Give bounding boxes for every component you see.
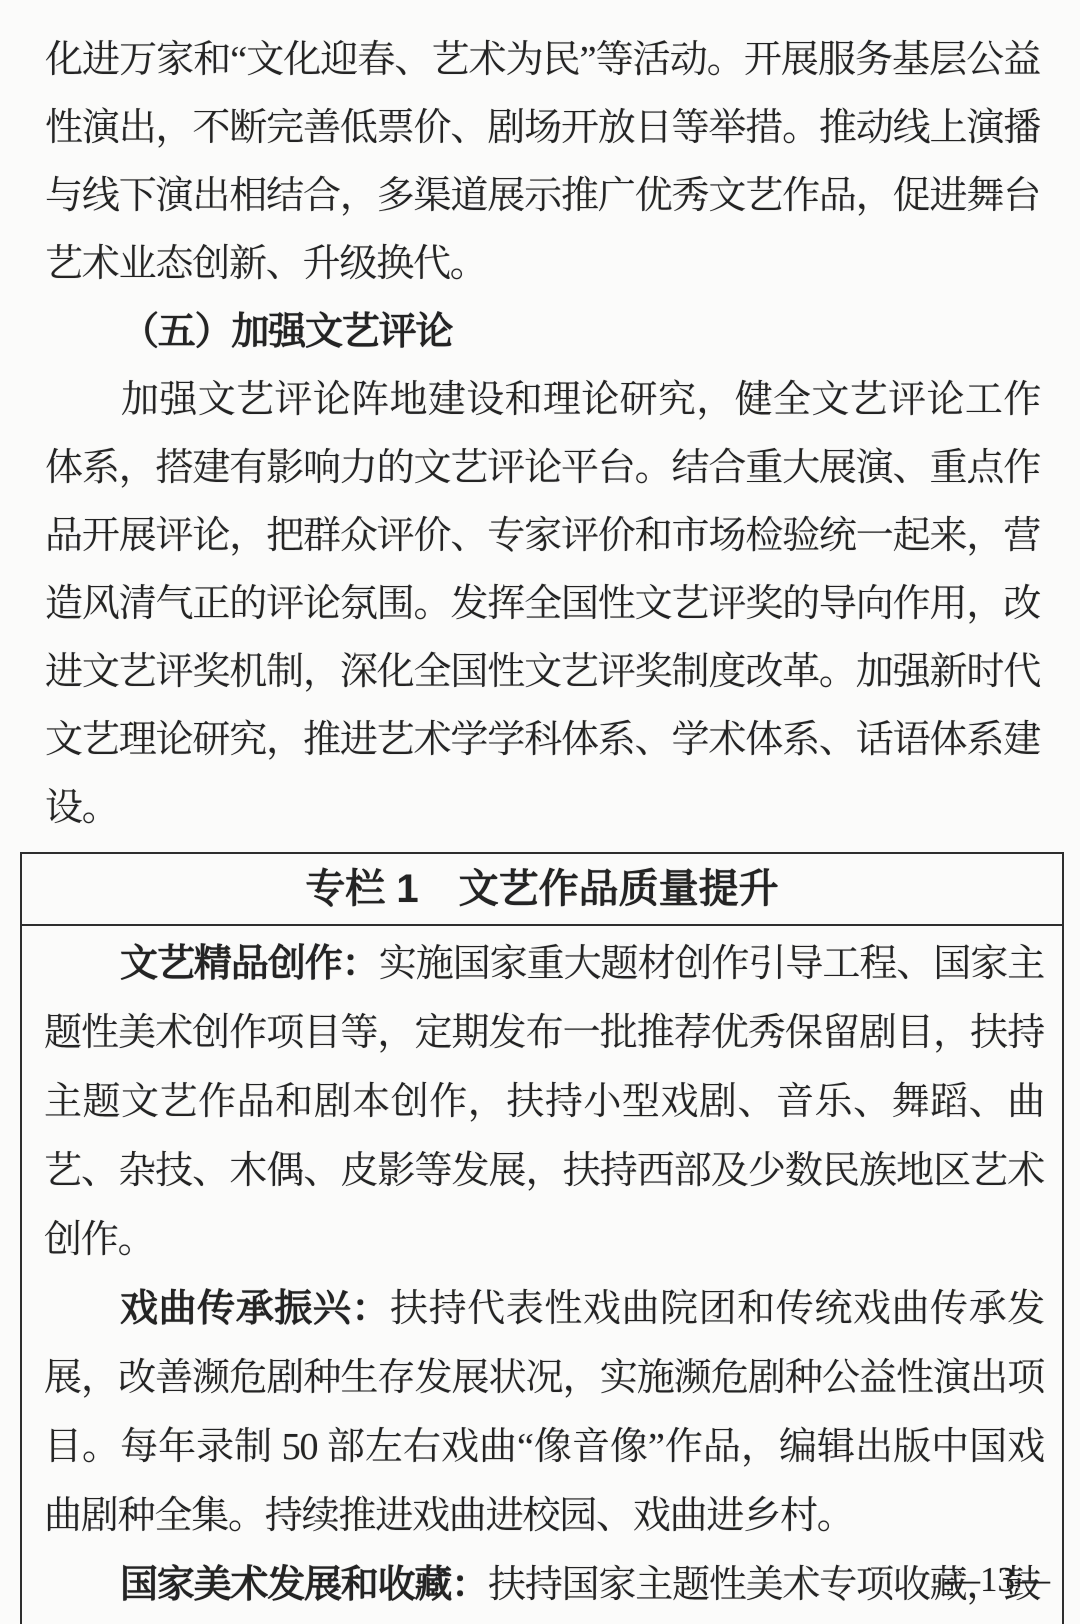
section-heading: （五）加强文艺评论	[45, 298, 1040, 366]
panel-paragraph-opera-heritage: 戏曲传承振兴：扶持代表性戏曲院团和传统戏曲传承发展，改善濒危剧种生存发展状况，实…	[44, 1275, 1044, 1551]
column-box-body: 文艺精品创作：实施国家重大题材创作引导工程、国家主题性美术创作项目等，定期发布一…	[22, 926, 1062, 1624]
panel-lead-fine-arts: 国家美术发展和收藏：	[120, 1564, 488, 1606]
paragraph-art-review: 加强文艺评论阵地建设和理论研究，健全文艺评论工作体系，搭建有影响力的文艺评论平台…	[45, 366, 1040, 842]
column-box-1: 专栏 1 文艺作品质量提升 文艺精品创作：实施国家重大题材创作引导工程、国家主题…	[20, 852, 1064, 1624]
page-body-text: 化进万家和“文化迎春、艺术为民”等活动。开展服务基层公益性演出，不断完善低票价、…	[0, 0, 1080, 842]
panel-lead-opera-heritage: 戏曲传承振兴：	[120, 1288, 390, 1330]
page-number: —13—	[945, 1560, 1050, 1600]
panel-paragraph-art-creation: 文艺精品创作：实施国家重大题材创作引导工程、国家主题性美术创作项目等，定期发布一…	[44, 930, 1044, 1275]
panel-lead-art-creation: 文艺精品创作：	[120, 943, 379, 985]
panel-text-art-creation: 实施国家重大题材创作引导工程、国家主题性美术创作项目等，定期发布一批推荐优秀保留…	[44, 943, 1044, 1261]
column-box-title: 专栏 1 文艺作品质量提升	[22, 854, 1062, 926]
paragraph-continued: 化进万家和“文化迎春、艺术为民”等活动。开展服务基层公益性演出，不断完善低票价、…	[45, 26, 1040, 298]
panel-paragraph-fine-arts: 国家美术发展和收藏：扶持国家主题性美术专项收藏，鼓	[44, 1551, 1044, 1620]
document-page: 化进万家和“文化迎春、艺术为民”等活动。开展服务基层公益性演出，不断完善低票价、…	[0, 0, 1080, 1624]
